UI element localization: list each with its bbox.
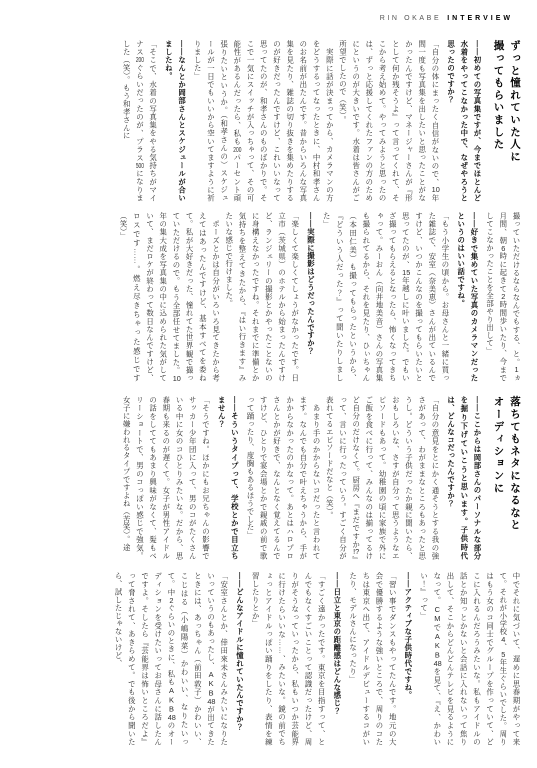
magazine-interview-page: RIN OKABEINTERVIEW ずっと憧れていた人に 撮ってもらいました—… [0,0,537,768]
tcy-number: 4 [499,636,508,643]
interview-question: ——なんとか岡部さんとスケジュールが合いましたね。 [162,40,188,202]
interview-question: ——ここからは岡部さんのパーソナルな部分を掘り下げていこうと思います。子供時代は… [444,396,484,560]
interview-text-band-4: 中でそれに気づいて、遅めに思春期がやって来て。それが小学校4、5年生ぐらいでした… [112,572,523,746]
interview-label: INTERVIEW [447,15,513,22]
tcy-number: 10 [172,375,181,382]
interview-answer: 「すごく遠かったです。東京を目指すって、とんでもなくすごいことって認識だったけど… [249,572,328,746]
interview-text-band-1: ずっと憧れていた人に 撮ってもらいました——初めての写真集ですが、今までほとんど… [120,40,523,202]
interview-answer: 「もう小学生の頃から。お母さんと一緒に買った雑誌で、安室（奈美恵）さんが出ている… [320,212,452,382]
tcy-number: 15 [401,269,410,277]
tcy-number: 48 [167,714,176,722]
interview-question: ——実際に撮影はどうだったんですか？ [304,212,317,382]
interview-question: ——アクティブな子供時代ですね。 [402,572,415,746]
interview-question: ——どんなアイドルに憧れていたんですか？ [233,572,246,746]
tcy-number: !? [352,548,361,555]
interview-question: ——そういうタイプって、学校とかで目立ちません？ [215,396,241,560]
latin-run: AKB [433,632,442,660]
interview-answer: 「楽しくて楽しくてしょうがなかったです。日立市（茨城県）のホテルから始まったんで… [117,212,302,382]
tcy-number: 5 [499,651,508,658]
interview-answer: 「そうですね。ほかにもお兄ちゃんの影響でサッカー少年団に入って、男のコがたくさん… [120,396,212,560]
tcy-number: 200 [233,146,242,154]
latin-run: AKB [207,670,216,698]
interview-answer: 「自分の意見をとにかく通そうとする我の強さがあって、わがままなところもあったと思… [244,396,442,560]
interview-answer: 「自分の体にまったく自信がないので、10年間一度も写真集を出したいと思ったことが… [191,40,442,202]
section-headline: 落ちてもネタになるなと オーディションに [490,396,523,535]
interview-question: ——日立と東京の距離感はどんな感じ？ [331,572,344,746]
tcy-number: 10 [431,186,440,194]
tcy-number: 1 [512,366,521,374]
section-headline: ずっと憧れていた人に 撮ってもらいました [490,40,523,178]
tcy-number: 2 [499,293,508,301]
interview-question: ——好きで集めていた写真のカメラマンだったというのはいい話ですね。 [454,212,480,382]
tcy-number: 48 [207,698,216,706]
tcy-number: 200 [135,56,144,64]
tcy-number: 500 [135,162,144,170]
latin-run: CM [433,605,442,623]
interview-answer: 「そこで、水着の写真集をやる気持ちがマイナス200ぐらいだったのが、プラス500… [120,40,160,202]
interview-answer: 中でそれに気づいて、遅めに思春期がやって来て。それが小学校4、5年生ぐらいでした… [417,572,523,746]
interview-answer: 撮っていただけるならなんでもする、と。1ヵ月間、朝6時に起きて2時間歩いたり、今… [483,212,523,382]
tcy-number: 6 [499,245,508,253]
tcy-number: 48 [433,660,442,668]
interview-text-band-2: 撮っていただけるならなんでもする、と。1ヵ月間、朝6時に起きて2時間歩いたり、今… [117,212,523,382]
interview-text-band-3: 落ちてもネタになるなと オーディションに——ここからは岡部さんのパーソナルな部分… [120,396,523,560]
page-header: RIN OKABEINTERVIEW [380,15,513,22]
latin-run: AKB [167,686,176,714]
tcy-number: 2 [167,597,176,605]
interview-question: ——初めての写真集ですが、今までほとんど水着をやってこなかった中で、なぜやろうと… [444,40,484,202]
interview-answer: 「習い事でダンスもやってたんです。地元の大会で優勝するような強いところで、周りの… [346,572,399,746]
interview-answer: 「安室さんとか、倖田來未さんみたいになりたいっていうのもあったし、AKB48が出… [112,572,231,746]
interviewee-name-roman: RIN OKABE [380,15,442,22]
